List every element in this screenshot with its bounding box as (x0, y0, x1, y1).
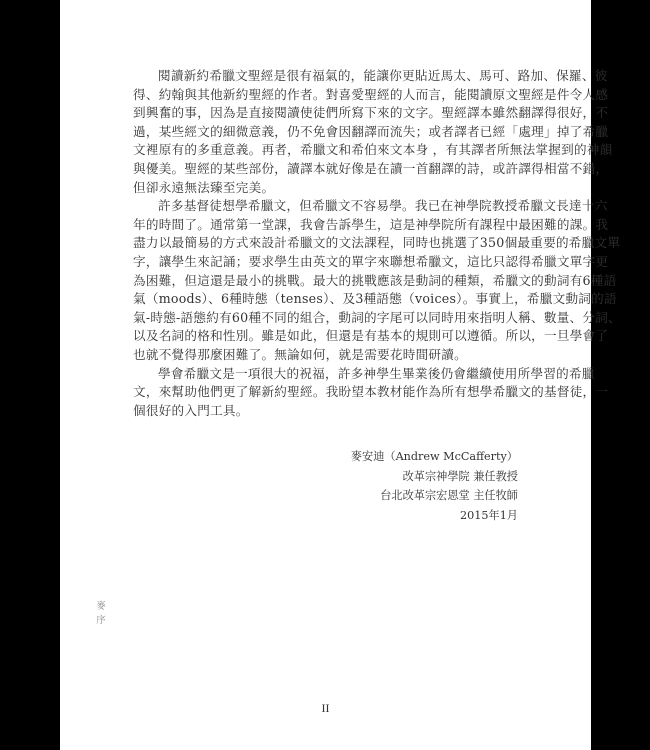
paragraph-3: 學會希臘文是一項很大的祝福，許多神學生畢業後仍會繼續使用所學習的希臘 文，來幫助… (133, 365, 563, 421)
text-line: 文裡原有的多重意義。再者，希臘文和希伯來文本身 ，有其譯者所無法掌握到的神韻 (133, 141, 563, 160)
text-line: 閱讀新約希臘文聖經是很有福氣的，能讓你更貼近馬太、馬可、路加、保羅、彼 (133, 67, 563, 86)
text-line: 也就不覺得那麼困難了。無論如何，就是需要花時間研讀。 (133, 346, 563, 365)
text-line: 與優美。聖經的某些部份，讀譯本就好像是在讀一首翻譯的詩，或許譯得相當不錯， (133, 160, 563, 179)
text-line: 以及名詞的格和性別。雖是如此，但還是有基本的規則可以遵循。所以，一旦學會了 (133, 327, 563, 346)
text-line: 得、約翰與其他新約聖經的作者。對喜愛聖經的人而言，能閱讀原文聖經是件令人感 (133, 86, 563, 105)
text-line: 但卻永遠無法臻至完美。 (133, 179, 563, 198)
signature-block: 麥安迪（Andrew McCafferty） 改革宗神學院 兼任教授 台北改革宗… (258, 447, 518, 525)
text-line: 到興奮的事，因為是直接閱讀使徒們所寫下來的文字。聖經譯本雖然翻譯得很好，不 (133, 104, 563, 123)
side-label-char: 麥 (94, 600, 108, 614)
text-line: 過，某些經文的細微意義，仍不免會因翻譯而流失；或者譯者已經「處理」掉了希臘 (133, 123, 563, 142)
author-name: 麥安迪（Andrew McCafferty） (258, 447, 518, 467)
author-title-2: 台北改革宗宏恩堂 主任牧師 (258, 486, 518, 506)
text-line: 許多基督徒想學希臘文，但希臘文不容易學。我已在神學院教授希臘文長達十六 (133, 197, 563, 216)
text-line: 氣（moods）、6種時態（tenses）、及3種語態（voices）。事實上，… (133, 290, 563, 309)
text-line: 氣-時態-語態約有60種不同的組合，動詞的字尾可以同時用來指明人稱、數量、分詞、 (133, 309, 563, 328)
signature-date: 2015年1月 (258, 506, 518, 526)
text-line: 為困難，但這還是最小的挑戰。最大的挑戰應該是動詞的種類，希臘文的動詞有6種語 (133, 272, 563, 291)
side-label-char: 序 (94, 614, 108, 628)
paragraph-2: 許多基督徒想學希臘文，但希臘文不容易學。我已在神學院教授希臘文長達十六 年的時間… (133, 197, 563, 364)
text-line: 年的時間了。通常第一堂課，我會告訴學生，這是神學院所有課程中最困難的課。我 (133, 216, 563, 235)
page-number: II (60, 701, 591, 716)
text-line: 盡力以最簡易的方式來設計希臘文的文法課程，同時也挑選了350個最重要的希臘文單 (133, 234, 563, 253)
section-side-label: 麥 序 (94, 600, 108, 628)
preface-body: 閱讀新約希臘文聖經是很有福氣的，能讓你更貼近馬太、馬可、路加、保羅、彼 得、約翰… (133, 67, 563, 420)
text-line: 文，來幫助他們更了解新約聖經。我盼望本教材能作為所有想學希臘文的基督徒，一 (133, 383, 563, 402)
document-page: 閱讀新約希臘文聖經是很有福氣的，能讓你更貼近馬太、馬可、路加、保羅、彼 得、約翰… (60, 0, 591, 750)
text-line: 個很好的入門工具。 (133, 402, 563, 421)
author-title-1: 改革宗神學院 兼任教授 (258, 467, 518, 487)
text-line: 學會希臘文是一項很大的祝福，許多神學生畢業後仍會繼續使用所學習的希臘 (133, 365, 563, 384)
paragraph-1: 閱讀新約希臘文聖經是很有福氣的，能讓你更貼近馬太、馬可、路加、保羅、彼 得、約翰… (133, 67, 563, 197)
text-line: 字，讓學生來記誦；要求學生由英文的單字來聯想希臘文，這比只認得希臘文單字更 (133, 253, 563, 272)
